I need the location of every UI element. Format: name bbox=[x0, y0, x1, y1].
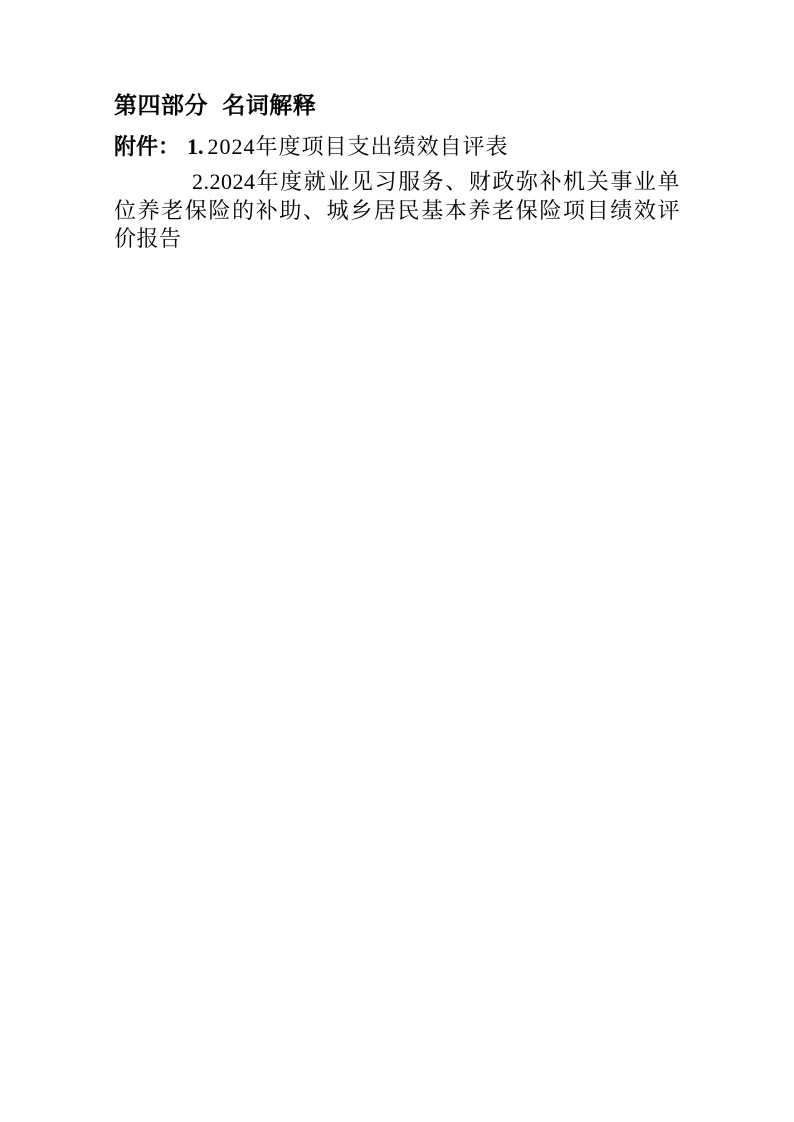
attachment-item-2-line-2: 位养老保险的补助、城乡居民基本养老保险项目绩效评 bbox=[114, 197, 680, 226]
attachment-item-1-number: 1. bbox=[187, 134, 204, 159]
attachment-item-1-text: 2024年度项目支出绩效自评表 bbox=[208, 134, 509, 159]
attachment-item-2-line-3: 价报告 bbox=[114, 225, 680, 254]
document-content: 第四部分 名词解释 附件：1.2024年度项目支出绩效自评表 2.2024年度就… bbox=[114, 92, 680, 254]
document-page: 第四部分 名词解释 附件：1.2024年度项目支出绩效自评表 2.2024年度就… bbox=[0, 0, 794, 1122]
attachment-label: 附件： bbox=[114, 134, 180, 159]
attachment-item-2: 2.2024年度就业见习服务、财政弥补机关事业单 位养老保险的补助、城乡居民基本… bbox=[114, 168, 680, 254]
attachment-item-1: 附件：1.2024年度项目支出绩效自评表 bbox=[114, 132, 680, 161]
section-heading: 第四部分 名词解释 bbox=[114, 92, 680, 120]
attachment-item-2-line-1: 2.2024年度就业见习服务、财政弥补机关事业单 bbox=[114, 168, 680, 197]
